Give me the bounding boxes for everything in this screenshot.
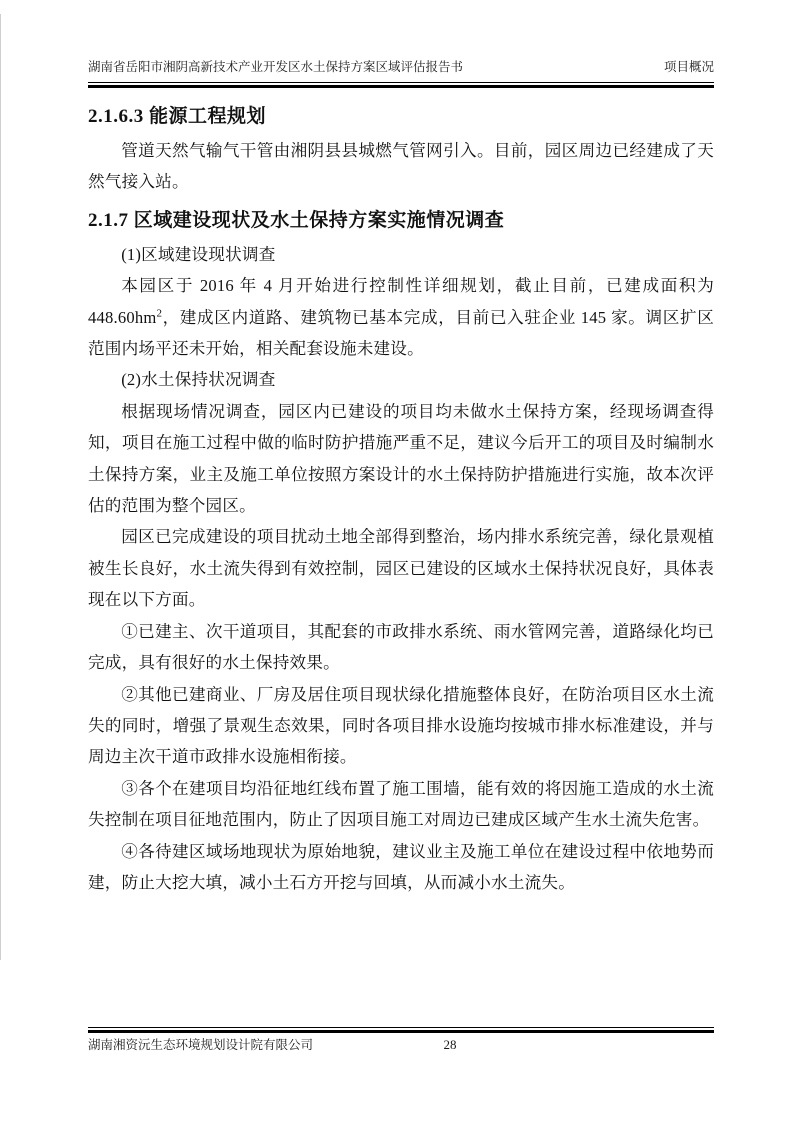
document-page: { "header": { "left": "湖南省岳阳市湘阴高新技术产业开发区…	[0, 0, 793, 1122]
paragraph-survey-findings: 根据现场情况调查，园区内已建设的项目均未做水土保持方案，经现场调查得知，项目在施…	[88, 396, 714, 522]
list-item-3: ③各个在建项目均沿征地红线布置了施工围墙，能有效的将因施工造成的水土流失控制在项…	[88, 773, 714, 836]
subsection-title-1: (1)区域建设现状调查	[88, 239, 714, 270]
paragraph-construction-status: 本园区于 2016 年 4 月开始进行控制性详细规划，截止目前，已建成面积为 4…	[88, 270, 714, 364]
footer-rule-thin	[88, 1027, 714, 1028]
header-report-title: 湖南省岳阳市湘阴高新技术产业开发区水土保持方案区域评估报告书	[88, 58, 463, 76]
page-footer: 湖南湘资沅生态环境规划设计院有限公司 28	[88, 1036, 714, 1054]
section-heading-217: 2.1.7 区域建设现状及水土保持方案实施情况调查	[88, 207, 714, 234]
subsection-title-2: (2)水土保持状况调查	[88, 364, 714, 395]
footer-page-number: 28	[444, 1036, 457, 1054]
section-heading-2163: 2.1.6.3 能源工程规划	[88, 103, 714, 130]
header-rule-thin	[88, 82, 714, 83]
page-header: 湖南省岳阳市湘阴高新技术产业开发区水土保持方案区域评估报告书 项目概况	[88, 58, 714, 76]
list-item-2: ②其他已建商业、厂房及居住项目现状绿化措施整体良好，在防治项目区水土流失的同时，…	[88, 679, 714, 773]
paragraph-construction-status-post: ，建成区内道路、建筑物已基本完成，目前已入驻企业 145 家。调区扩区范围内场平…	[88, 308, 714, 358]
page-edge-scan-line	[0, 14, 1, 960]
list-item-1: ①已建主、次干道项目，其配套的市政排水系统、雨水管网完善，道路绿化均已完成，具有…	[88, 616, 714, 679]
footer-rule-thick	[88, 1030, 714, 1033]
footer-company-name: 湖南湘资沅生态环境规划设计院有限公司	[88, 1038, 313, 1052]
paragraph-energy-planning: 管道天然气输气干管由湘阴县县城燃气管网引入。目前，园区周边已经建成了天然气接入站…	[88, 135, 714, 198]
paragraph-completed-projects: 园区已完成建设的项目扰动土地全部得到整治，场内排水系统完善，绿化景观植被生长良好…	[88, 521, 714, 615]
list-item-4: ④各待建区域场地现状为原始地貌，建议业主及施工单位在建设过程中依地势而建，防止大…	[88, 836, 714, 899]
document-body: 2.1.6.3 能源工程规划 管道天然气输气干管由湘阴县县城燃气管网引入。目前，…	[88, 94, 714, 898]
header-section-label: 项目概况	[664, 58, 714, 76]
header-rule-thick	[88, 85, 714, 88]
